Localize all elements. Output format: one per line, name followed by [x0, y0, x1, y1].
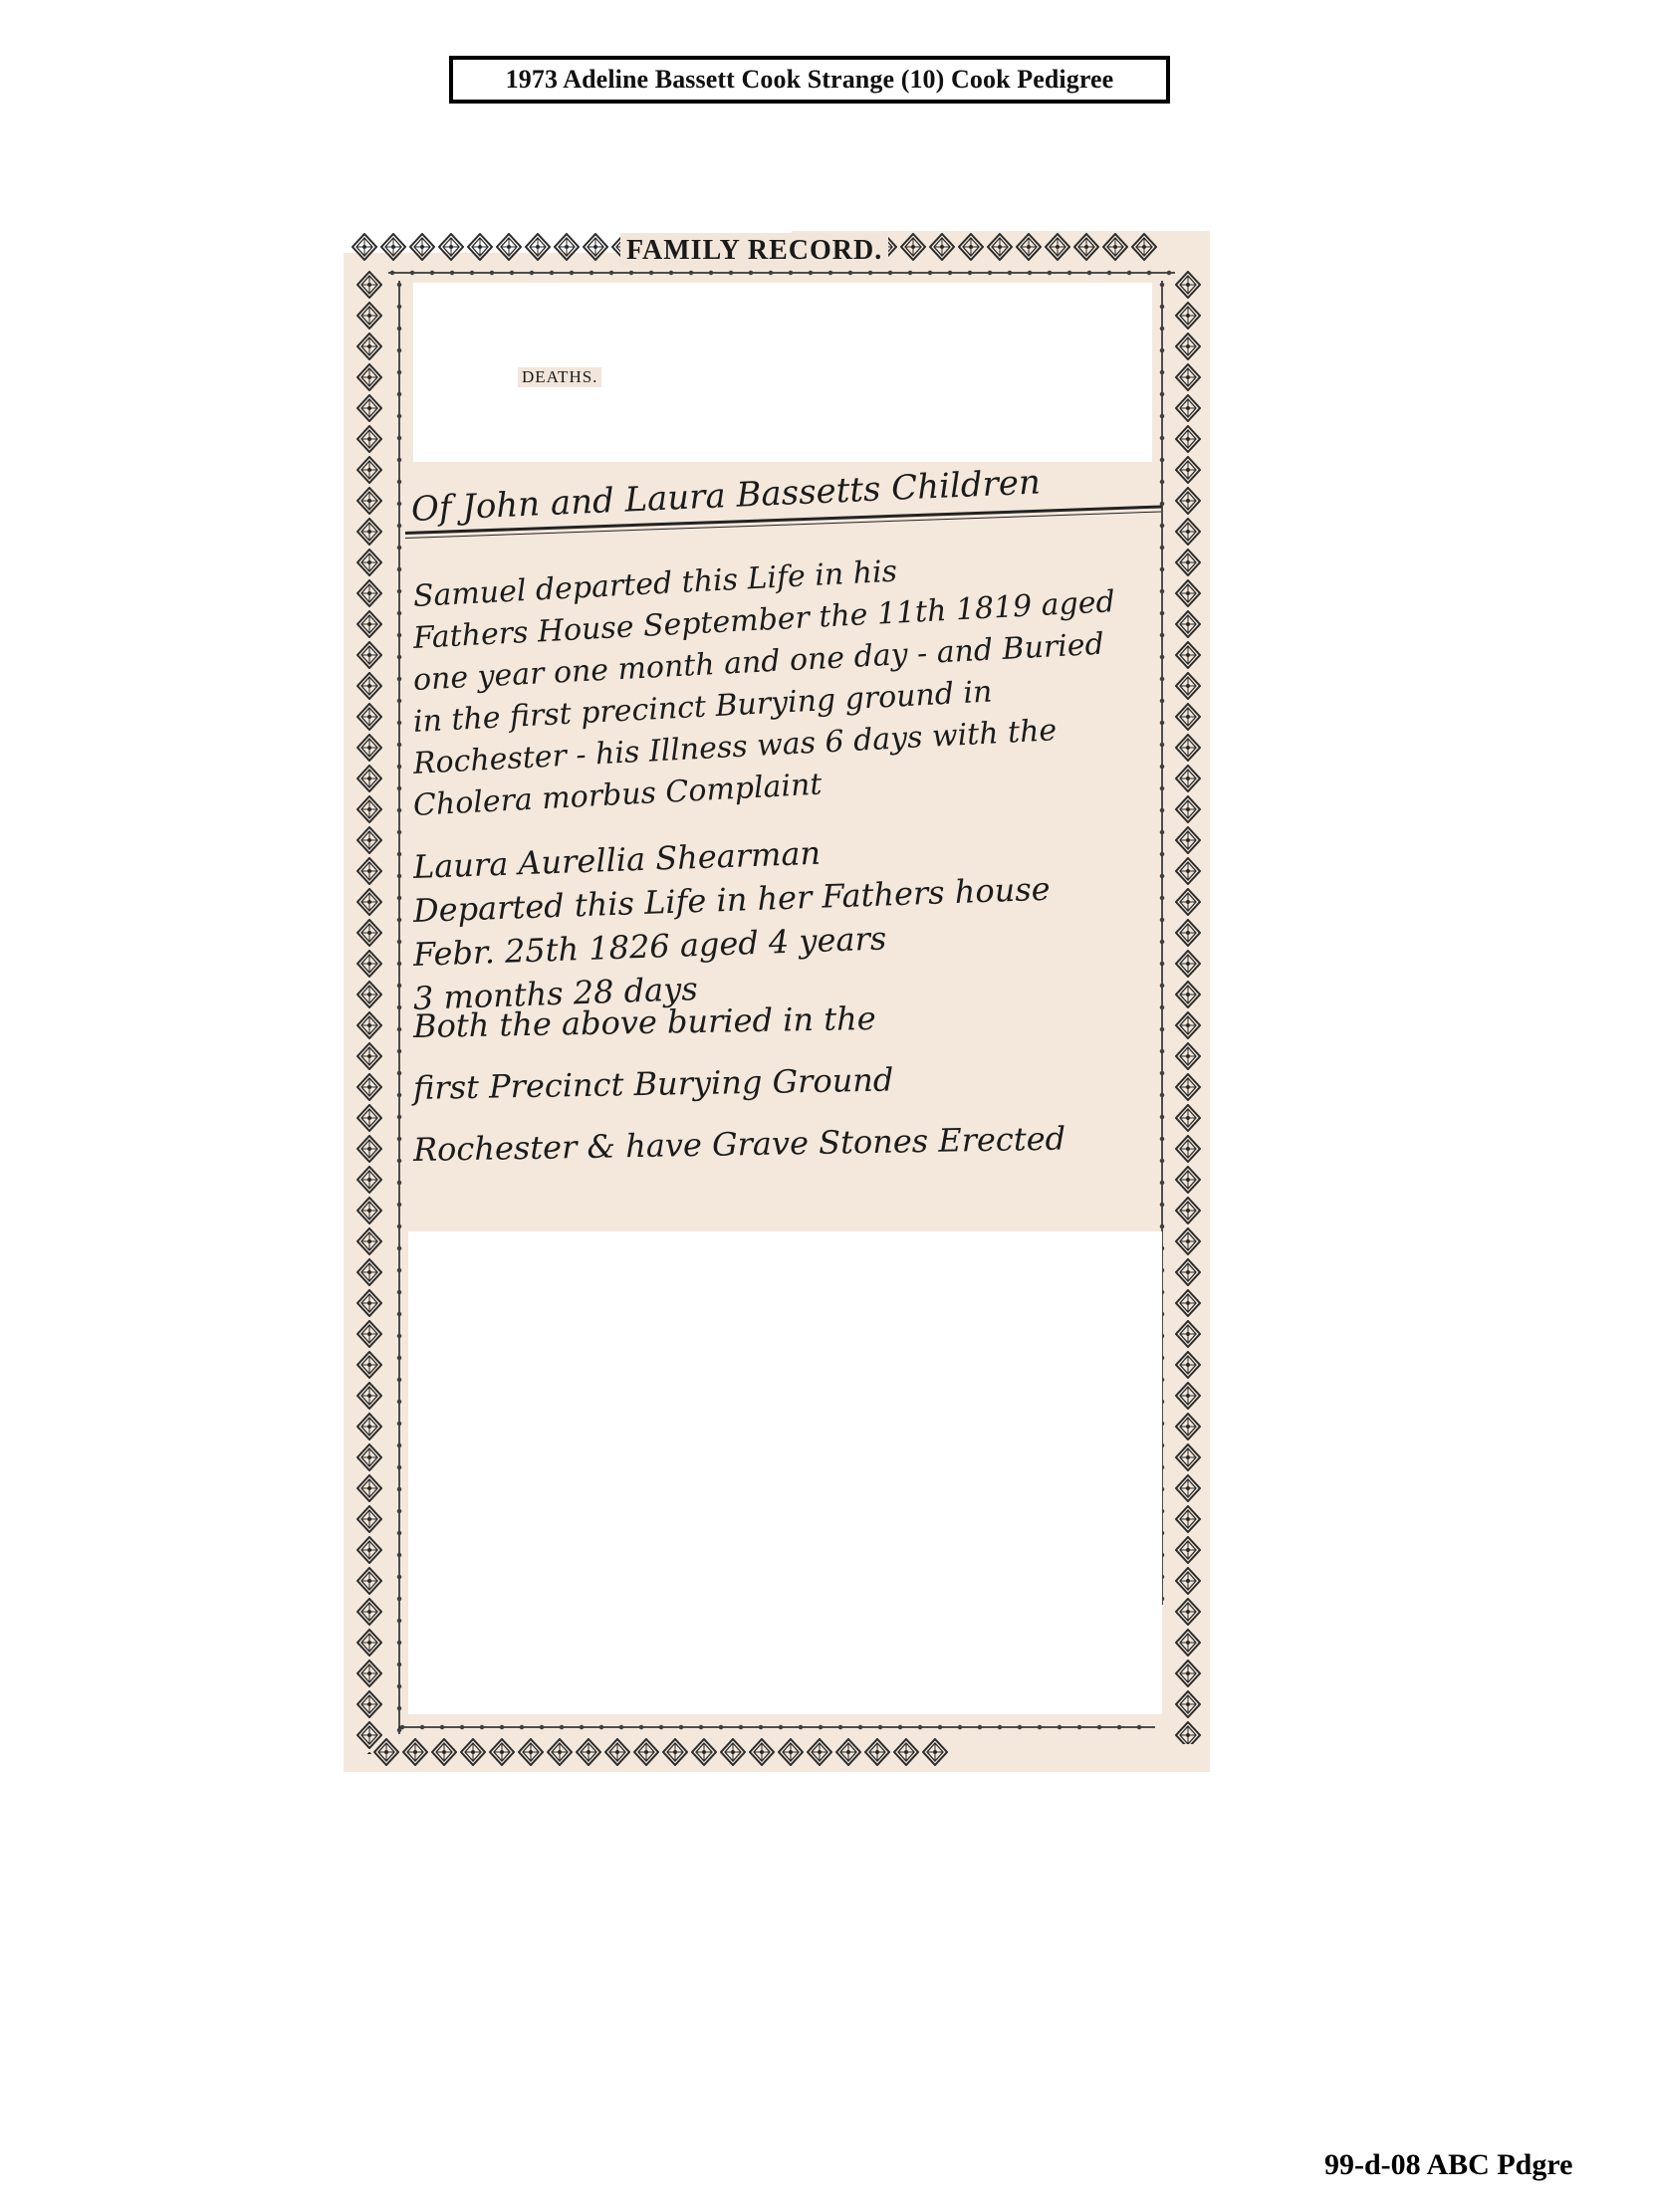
diamond-ornament-icon: [633, 1738, 659, 1766]
diamond-ornament-icon: [1175, 549, 1201, 576]
diamond-ornament-icon: [835, 1738, 861, 1766]
diamond-ornament-icon: [356, 826, 382, 854]
diamond-ornament-icon: [356, 734, 382, 762]
diamond-ornament-icon: [356, 1258, 382, 1286]
diamond-ornament-icon: [1175, 1659, 1201, 1687]
diamond-ornament-icon: [749, 1738, 775, 1766]
diamond-ornament-icon: [1175, 765, 1201, 792]
diamond-ornament-icon: [356, 425, 382, 453]
diamond-ornament-icon: [1175, 1011, 1201, 1039]
diamond-ornament-icon: [356, 1382, 382, 1410]
diamond-ornament-icon: [356, 641, 382, 669]
diamond-ornament-icon: [1175, 703, 1201, 731]
bottom-ornament-chain: [398, 1721, 1155, 1733]
diamond-ornament-icon: [900, 233, 926, 261]
diamond-ornament-icon: [356, 487, 382, 515]
diamond-ornament-icon: [1175, 1104, 1201, 1132]
diamond-ornament-icon: [356, 950, 382, 978]
diamond-ornament-icon: [373, 1738, 399, 1766]
diamond-ornament-icon: [1175, 1567, 1201, 1595]
diamond-ornament-icon: [356, 1598, 382, 1626]
diamond-ornament-icon: [356, 1320, 382, 1348]
diamond-ornament-icon: [356, 363, 382, 391]
diamond-ornament-icon: [1175, 363, 1201, 391]
page-reference-label: 99-d-08 ABC Pdgre: [1324, 2148, 1572, 2182]
diamond-ornament-icon: [460, 1738, 486, 1766]
printed-title: FAMILY RECORD.: [620, 233, 888, 269]
diamond-ornament-icon: [1175, 1197, 1201, 1224]
diamond-ornament-icon: [1175, 1258, 1201, 1286]
diamond-ornament-icon: [409, 233, 435, 261]
diamond-ornament-icon: [356, 857, 382, 885]
printed-section-deaths: DEATHS.: [518, 367, 601, 387]
right-ornament-border: [1172, 271, 1204, 1744]
diamond-ornament-icon: [807, 1738, 832, 1766]
diamond-ornament-icon: [1175, 1042, 1201, 1070]
diamond-ornament-icon: [1175, 1227, 1201, 1255]
diamond-ornament-icon: [1175, 888, 1201, 916]
left-ornament-border: [354, 271, 385, 1754]
diamond-ornament-icon: [1175, 919, 1201, 947]
diamond-ornament-icon: [356, 456, 382, 484]
diamond-ornament-icon: [922, 1738, 948, 1766]
diamond-ornament-icon: [893, 1738, 919, 1766]
diamond-ornament-icon: [720, 1738, 746, 1766]
diamond-ornament-icon: [1175, 1166, 1201, 1194]
diamond-ornament-icon: [1175, 518, 1201, 546]
diamond-ornament-icon: [929, 233, 955, 261]
diamond-ornament-icon: [356, 579, 382, 607]
diamond-ornament-icon: [1175, 1474, 1201, 1502]
diamond-ornament-icon: [356, 919, 382, 947]
diamond-ornament-icon: [380, 233, 406, 261]
diamond-ornament-icon: [1175, 1536, 1201, 1564]
diamond-ornament-icon: [431, 1738, 457, 1766]
diamond-ornament-icon: [1175, 1629, 1201, 1657]
diamond-ornament-icon: [1175, 487, 1201, 515]
diamond-ornament-icon: [356, 765, 382, 792]
diamond-ornament-icon: [356, 672, 382, 700]
diamond-ornament-icon: [1175, 672, 1201, 700]
diamond-ornament-icon: [356, 888, 382, 916]
diamond-ornament-icon: [1175, 641, 1201, 669]
diamond-ornament-icon: [356, 1474, 382, 1502]
diamond-ornament-icon: [576, 1738, 601, 1766]
diamond-ornament-icon: [496, 233, 522, 261]
diamond-ornament-icon: [1175, 456, 1201, 484]
diamond-ornament-icon: [356, 1011, 382, 1039]
diamond-ornament-icon: [864, 1738, 890, 1766]
diamond-ornament-icon: [356, 1690, 382, 1718]
diamond-ornament-icon: [1175, 1690, 1201, 1718]
diamond-ornament-icon: [356, 1629, 382, 1657]
diamond-ornament-icon: [356, 1073, 382, 1101]
diamond-ornament-icon: [1175, 610, 1201, 638]
diamond-ornament-icon: [554, 233, 580, 261]
diamond-ornament-icon: [356, 1659, 382, 1687]
diamond-ornament-icon: [1175, 857, 1201, 885]
diamond-ornament-icon: [356, 1227, 382, 1255]
diamond-ornament-icon: [1175, 1443, 1201, 1471]
diamond-ornament-icon: [356, 302, 382, 330]
diamond-ornament-icon: [691, 1738, 717, 1766]
diamond-ornament-icon: [604, 1738, 630, 1766]
diamond-ornament-icon: [1016, 233, 1042, 261]
diamond-ornament-icon: [1175, 734, 1201, 762]
bottom-ornament-border: [373, 1736, 971, 1768]
diamond-ornament-icon: [356, 1289, 382, 1317]
diamond-ornament-icon: [1175, 271, 1201, 299]
handwritten-line: Both the above buried in the: [413, 999, 876, 1045]
diamond-ornament-icon: [1175, 1351, 1201, 1379]
diamond-ornament-icon: [1175, 1413, 1201, 1440]
diamond-ornament-icon: [1175, 1598, 1201, 1626]
diamond-ornament-icon: [1175, 1289, 1201, 1317]
diamond-ornament-icon: [547, 1738, 573, 1766]
diamond-ornament-icon: [356, 1443, 382, 1471]
diamond-ornament-icon: [356, 610, 382, 638]
diamond-ornament-icon: [1175, 579, 1201, 607]
diamond-ornament-icon: [1175, 1721, 1201, 1744]
diamond-ornament-icon: [1175, 425, 1201, 453]
diamond-ornament-icon: [356, 1166, 382, 1194]
diamond-ornament-icon: [356, 1135, 382, 1163]
diamond-ornament-icon: [1175, 394, 1201, 422]
diamond-ornament-icon: [1175, 1320, 1201, 1348]
diamond-ornament-icon: [1102, 233, 1128, 261]
diamond-ornament-icon: [583, 233, 608, 261]
diamond-ornament-icon: [1175, 950, 1201, 978]
diamond-ornament-icon: [958, 233, 984, 261]
diamond-ornament-icon: [467, 233, 493, 261]
diamond-ornament-icon: [356, 1536, 382, 1564]
diamond-ornament-icon: [1175, 1073, 1201, 1101]
diamond-ornament-icon: [356, 795, 382, 823]
diamond-ornament-icon: [356, 1567, 382, 1595]
diamond-ornament-icon: [1175, 332, 1201, 360]
diamond-ornament-icon: [356, 1505, 382, 1533]
document-title: 1973 Adeline Bassett Cook Strange (10) C…: [506, 65, 1114, 95]
diamond-ornament-icon: [1175, 795, 1201, 823]
diamond-ornament-icon: [489, 1738, 515, 1766]
document-title-box: 1973 Adeline Bassett Cook Strange (10) C…: [449, 56, 1170, 104]
diamond-ornament-icon: [356, 981, 382, 1008]
blank-white-panel: [408, 1231, 1162, 1714]
diamond-ornament-icon: [356, 1197, 382, 1224]
diamond-ornament-icon: [356, 332, 382, 360]
diamond-ornament-icon: [352, 233, 377, 261]
diamond-ornament-icon: [356, 1104, 382, 1132]
diamond-ornament-icon: [1175, 1382, 1201, 1410]
diamond-ornament-icon: [518, 1738, 544, 1766]
diamond-ornament-icon: [1175, 302, 1201, 330]
diamond-ornament-icon: [356, 394, 382, 422]
diamond-ornament-icon: [402, 1738, 428, 1766]
diamond-ornament-icon: [356, 1351, 382, 1379]
diamond-ornament-icon: [356, 1042, 382, 1070]
diamond-ornament-icon: [356, 518, 382, 546]
diamond-ornament-icon: [356, 271, 382, 299]
diamond-ornament-icon: [1045, 233, 1070, 261]
diamond-ornament-icon: [356, 549, 382, 576]
diamond-ornament-icon: [1131, 233, 1157, 261]
diamond-ornament-icon: [356, 1413, 382, 1440]
diamond-ornament-icon: [356, 703, 382, 731]
diamond-ornament-icon: [1073, 233, 1099, 261]
diamond-ornament-icon: [1175, 826, 1201, 854]
family-record-page: FAMILY RECORD. DEATHS. Of John and Laura…: [344, 231, 1210, 1772]
diamond-ornament-icon: [987, 233, 1013, 261]
diamond-ornament-icon: [525, 233, 551, 261]
diamond-ornament-icon: [662, 1738, 688, 1766]
diamond-ornament-icon: [438, 233, 464, 261]
left-ornament-chain: [392, 281, 406, 1734]
diamond-ornament-icon: [1175, 981, 1201, 1008]
diamond-ornament-icon: [1175, 1135, 1201, 1163]
diamond-ornament-icon: [778, 1738, 804, 1766]
diamond-ornament-icon: [1175, 1505, 1201, 1533]
